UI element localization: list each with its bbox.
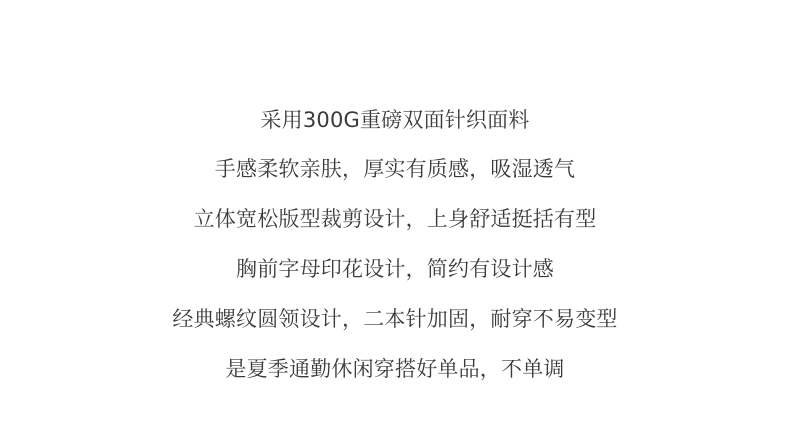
- description-line-fit: 立体宽松版型裁剪设计，上身舒适挺括有型: [0, 205, 790, 233]
- description-line-fabric: 采用300G重磅双面针织面料: [0, 106, 790, 134]
- product-description: 采用300G重磅双面针织面料 手感柔软亲肤，厚实有质感，吸湿透气 立体宽松版型裁…: [0, 0, 790, 431]
- description-line-occasion: 是夏季通勤休闲穿搭好单品，不单调: [0, 355, 790, 383]
- description-line-feel: 手感柔软亲肤，厚实有质感，吸湿透气: [0, 155, 790, 183]
- description-line-collar: 经典螺纹圆领设计，二本针加固，耐穿不易变型: [0, 305, 790, 333]
- description-line-print: 胸前字母印花设计，简约有设计感: [0, 255, 790, 283]
